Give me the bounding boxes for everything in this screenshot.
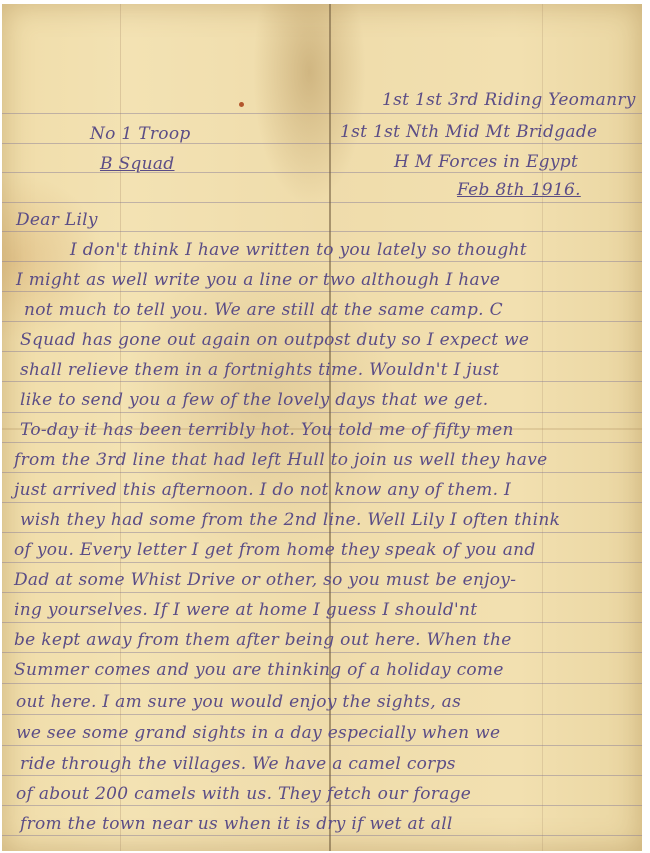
ruled-line	[2, 805, 642, 806]
body-line: ing yourselves. If I were at home I gues…	[14, 600, 477, 620]
ruled-line	[2, 562, 642, 563]
body-line: out here. I am sure you would enjoy the …	[16, 692, 461, 712]
troop-line: No 1 Troop	[90, 124, 191, 144]
ruled-line	[2, 261, 642, 262]
unit-line: 1st 1st 3rd Riding Yeomanry	[382, 90, 636, 110]
body-line: like to send you a few of the lovely day…	[20, 390, 488, 410]
ink-stain	[239, 102, 244, 107]
body-line: just arrived this afternoon. I do not kn…	[14, 480, 511, 500]
ruled-line	[2, 472, 642, 473]
letter-date: Feb 8th 1916.	[457, 180, 581, 200]
ruled-line	[2, 231, 642, 232]
body-line: Dad at some Whist Drive or other, so you…	[14, 570, 516, 590]
ruled-line	[2, 321, 642, 322]
body-line: Squad has gone out again on outpost duty…	[20, 330, 529, 350]
body-line: Summer comes and you are thinking of a h…	[14, 660, 504, 680]
body-line: ride through the villages. We have a cam…	[20, 754, 456, 774]
body-line: of about 200 camels with us. They fetch …	[16, 784, 471, 804]
ruled-line	[2, 835, 642, 836]
ruled-line	[2, 202, 642, 203]
ruled-line	[2, 381, 642, 382]
body-line: we see some grand sights in a day especi…	[16, 723, 500, 743]
ruled-line	[2, 652, 642, 653]
ruled-line	[2, 351, 642, 352]
ruled-line	[2, 442, 642, 443]
ruled-line	[2, 592, 642, 593]
body-line: from the 3rd line that had left Hull to …	[14, 450, 547, 470]
salutation: Dear Lily	[16, 210, 98, 230]
letter-paper: 1st 1st 3rd Riding Yeomanry 1st 1st Nth …	[2, 4, 642, 851]
body-line: be kept away from them after being out h…	[14, 630, 512, 650]
brigade-line: 1st 1st Nth Mid Mt Bridgade	[340, 122, 597, 142]
ruled-line	[2, 622, 642, 623]
ruled-line	[2, 172, 642, 173]
forces-line: H M Forces in Egypt	[394, 152, 578, 172]
body-line: shall relieve them in a fortnights time.…	[20, 360, 499, 380]
ruled-line	[2, 113, 642, 114]
body-line: I might as well write you a line or two …	[16, 270, 500, 290]
body-line: not much to tell you. We are still at th…	[24, 300, 503, 320]
ruled-line	[2, 745, 642, 746]
body-line: of you. Every letter I get from home the…	[14, 540, 536, 560]
squad-line: B Squad	[100, 154, 175, 174]
ruled-line	[2, 683, 642, 684]
ruled-line	[2, 714, 642, 715]
ruled-line	[2, 412, 642, 413]
ruled-line	[2, 775, 642, 776]
body-line: wish they had some from the 2nd line. We…	[20, 510, 560, 530]
ruled-line	[2, 502, 642, 503]
body-line: from the town near us when it is dry if …	[20, 814, 453, 834]
ruled-line	[2, 532, 642, 533]
body-line: I don't think I have written to you late…	[70, 240, 527, 260]
body-line: To-day it has been terribly hot. You tol…	[20, 420, 514, 440]
ruled-line	[2, 291, 642, 292]
